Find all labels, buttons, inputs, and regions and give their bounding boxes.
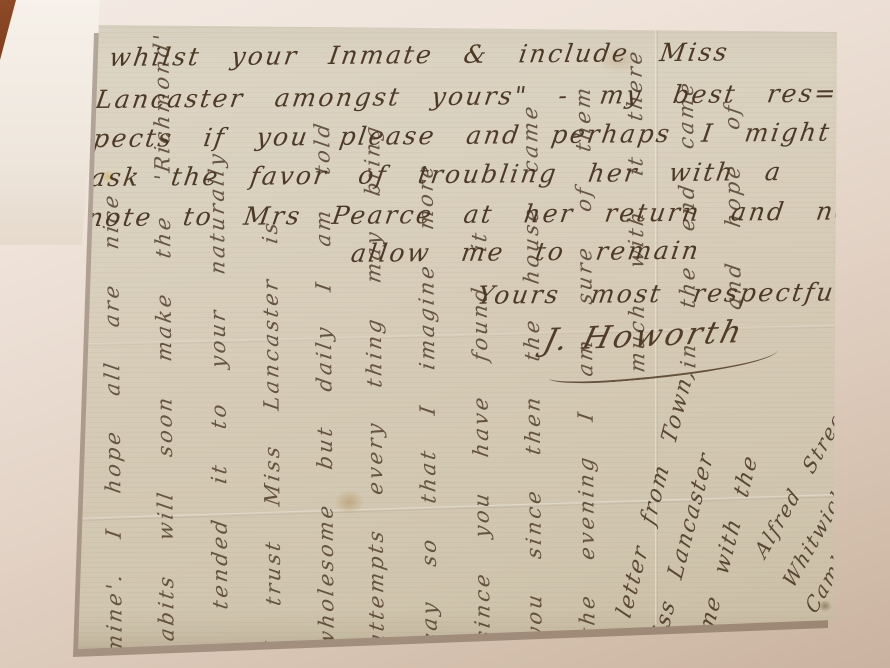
- letter-paper: whilst your Inmate & include Miss Lancas…: [0, 0, 890, 668]
- ink-speck: [70, 392, 79, 401]
- paper-edge-shading: [0, 0, 890, 668]
- photo-frame: whilst your Inmate & include Miss Lancas…: [0, 0, 890, 668]
